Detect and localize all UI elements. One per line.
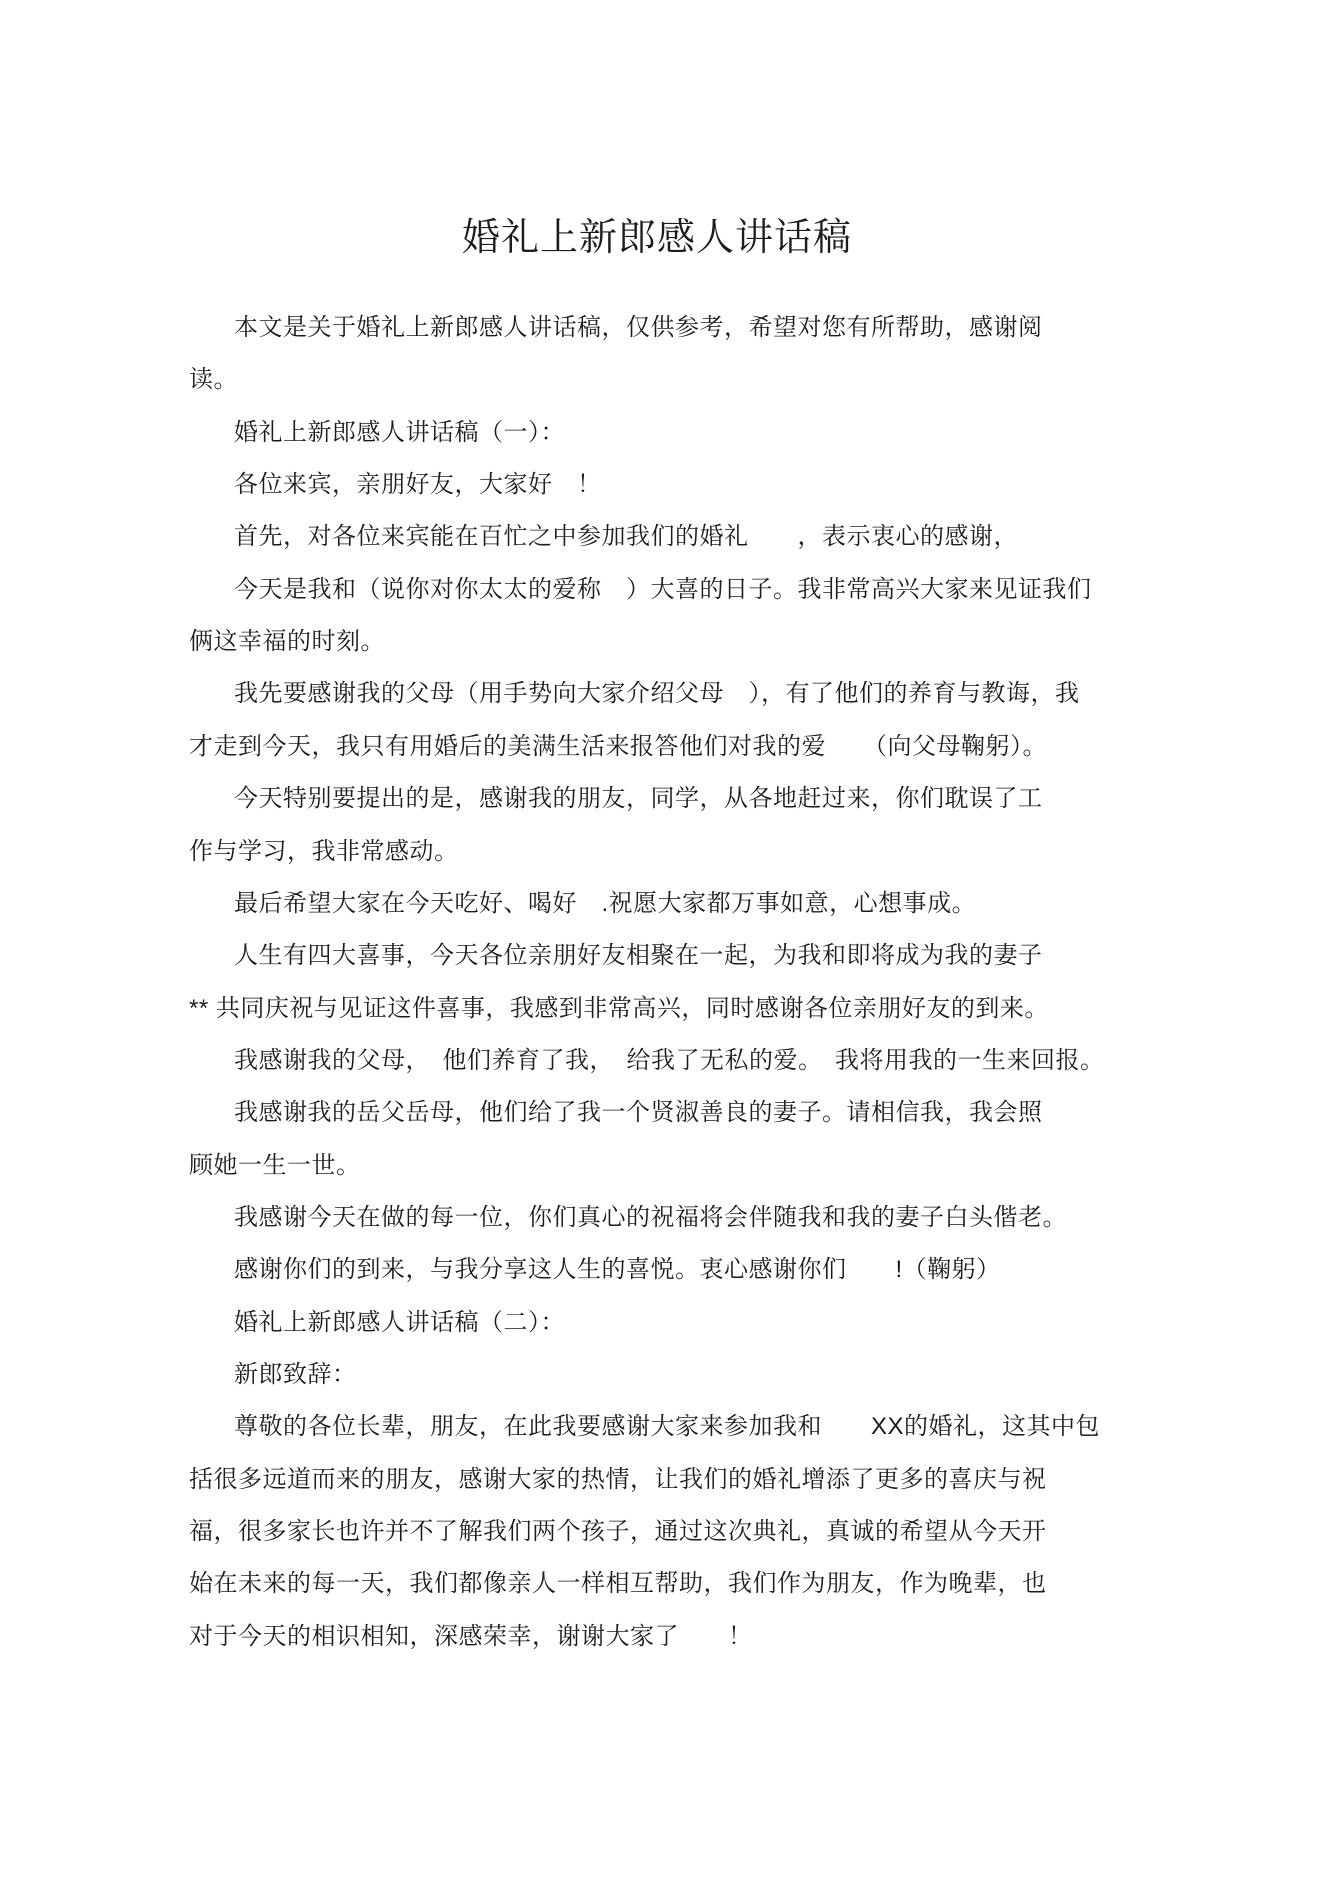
text-line: 今天特别要提出的是，感谢我的朋友，同学，从各地赶过来，你们耽误了工 bbox=[189, 773, 1043, 825]
text-line: 最后希望大家在今天吃好、喝好 .祝愿大家都万事如意，心想事成。 bbox=[189, 878, 976, 930]
text-line: 感谢你们的到来，与我分享这人生的喜悦。衷心感谢你们 !（鞠躬） bbox=[189, 1244, 1001, 1296]
text-line: 括很多远道而来的朋友，感谢大家的热情，让我们的婚礼增添了更多的喜庆与祝 bbox=[189, 1454, 1047, 1506]
text-line: 今天是我和（说你对你太太的爱称 ）大喜的日子。我非常高兴大家来见证我们 bbox=[189, 564, 1092, 616]
text-line: 顾她一生一世。 bbox=[189, 1140, 361, 1192]
text-line: 我感谢今天在做的每一位，你们真心的祝福将会伴随我和我的妻子白头偕老。 bbox=[189, 1192, 1067, 1244]
text-line: 福，很多家长也许并不了解我们两个孩子，通过这次典礼，真诚的希望从今天开 bbox=[189, 1506, 1047, 1558]
text-line: 我先要感谢我的父母（用手势向大家介绍父母 ），有了他们的养育与教诲，我 bbox=[189, 668, 1080, 720]
text-line: 始在未来的每一天，我们都像亲人一样相互帮助，我们作为朋友，作为晚辈，也 bbox=[189, 1558, 1047, 1610]
text-line: 人生有四大喜事，今天各位亲朋好友相聚在一起，为我和即将成为我的妻子 bbox=[189, 930, 1043, 982]
text-line: 对于今天的相识相知，深感荣幸，谢谢大家了 ！ bbox=[189, 1611, 753, 1663]
document-page: 婚礼上新郎感人讲话稿 本文是关于婚礼上新郎感人讲话稿，仅供参考，希望对您有所帮助… bbox=[0, 0, 1328, 1879]
text-line: 读。 bbox=[189, 354, 238, 406]
text-line: 首先，对各位来宾能在百忙之中参加我们的婚礼 ，表示衷心的感谢， bbox=[189, 511, 1018, 563]
document-title: 婚礼上新郎感人讲话稿 bbox=[0, 212, 1314, 264]
text-line: 本文是关于婚礼上新郎感人讲话稿，仅供参考，希望对您有所帮助，感谢阅 bbox=[189, 302, 1043, 354]
text-line: 婚礼上新郎感人讲话稿（一）： bbox=[189, 407, 565, 459]
text-line: 才走到今天，我只有用婚后的美满生活来报答他们对我的爱 （向父母鞠躬）。 bbox=[189, 721, 1047, 773]
text-line: 我感谢我的岳父岳母，他们给了我一个贤淑善良的妻子。请相信我，我会照 bbox=[189, 1087, 1043, 1139]
text-line: 各位来宾，亲朋好友，大家好 ！ bbox=[189, 459, 602, 511]
text-line: ** 共同庆祝与见证这件喜事，我感到非常高兴，同时感谢各位亲朋好友的到来。 bbox=[189, 983, 1049, 1035]
text-line: 我感谢我的父母， 他们养育了我， 给我了无私的爱。 我将用我的一生来回报。 bbox=[189, 1035, 1105, 1087]
text-line: 作与学习，我非常感动。 bbox=[189, 826, 459, 878]
text-line: 俩这幸福的时刻。 bbox=[189, 616, 385, 668]
text-line: 婚礼上新郎感人讲话稿（二）： bbox=[189, 1297, 565, 1349]
text-line: 尊敬的各位长辈，朋友，在此我要感谢大家来参加我和 XX的婚礼，这其中包 bbox=[189, 1401, 1100, 1453]
text-line: 新郎致辞： bbox=[189, 1349, 357, 1401]
